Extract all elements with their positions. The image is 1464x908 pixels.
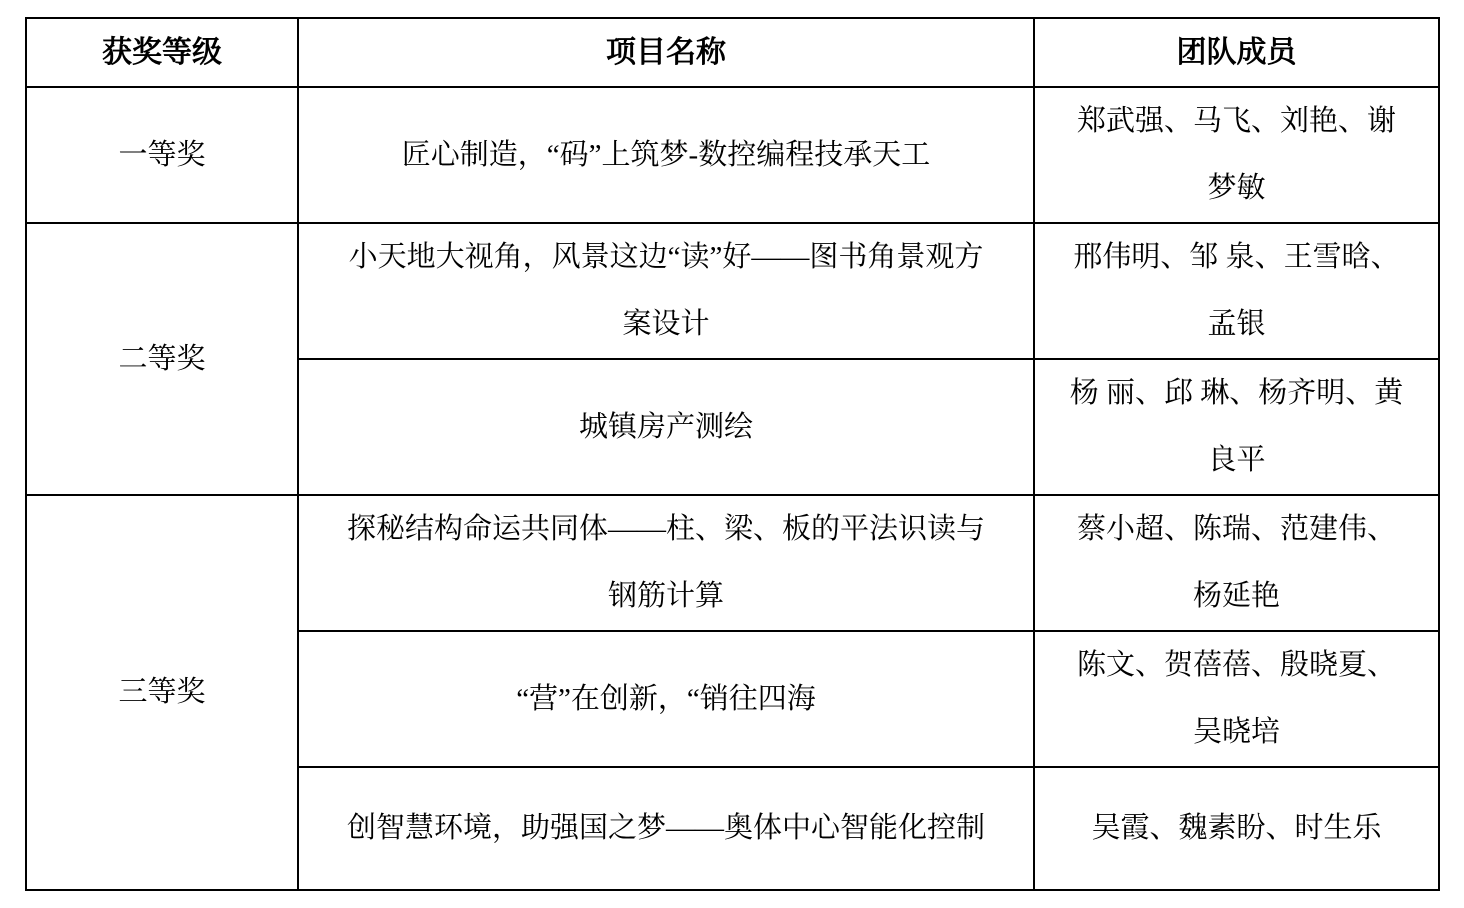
- column-header-award-level: 获奖等级: [26, 18, 298, 87]
- award-level-cell-second-prize: 二等奖: [26, 223, 298, 495]
- award-results-table: 获奖等级 项目名称 团队成员 一等奖 匠心制造，“码”上筑梦-数控编程技承天工 …: [25, 17, 1440, 891]
- team-members-cell: 邢伟明、邹 泉、王雪晗、 孟银: [1034, 223, 1439, 359]
- project-name-cell: 匠心制造，“码”上筑梦-数控编程技承天工: [298, 87, 1034, 223]
- project-name-cell: 创智慧环境，助强国之梦——奥体中心智能化控制: [298, 767, 1034, 890]
- team-members-cell: 陈文、贺蓓蓓、殷晓夏、 吴晓培: [1034, 631, 1439, 767]
- table-row: 二等奖 小天地大视角，风景这边“读”好——图书角景观方 案设计 邢伟明、邹 泉、…: [26, 223, 1439, 359]
- project-name-cell: 城镇房产测绘: [298, 359, 1034, 495]
- header-row: 获奖等级 项目名称 团队成员: [26, 18, 1439, 87]
- team-members-cell: 郑武强、马飞、刘艳、谢 梦敏: [1034, 87, 1439, 223]
- award-level-cell-third-prize: 三等奖: [26, 495, 298, 890]
- project-name-cell: “营”在创新，“销往四海: [298, 631, 1034, 767]
- table-row: 三等奖 探秘结构命运共同体——柱、梁、板的平法识读与 钢筋计算 蔡小超、陈瑞、范…: [26, 495, 1439, 631]
- team-members-cell: 杨 丽、邱 琳、杨齐明、黄 良平: [1034, 359, 1439, 495]
- team-members-cell: 吴霞、魏素盼、时生乐: [1034, 767, 1439, 890]
- team-members-cell: 蔡小超、陈瑞、范建伟、 杨延艳: [1034, 495, 1439, 631]
- column-header-team-members: 团队成员: [1034, 18, 1439, 87]
- project-name-cell: 小天地大视角，风景这边“读”好——图书角景观方 案设计: [298, 223, 1034, 359]
- table-row: 一等奖 匠心制造，“码”上筑梦-数控编程技承天工 郑武强、马飞、刘艳、谢 梦敏: [26, 87, 1439, 223]
- award-level-cell-first-prize: 一等奖: [26, 87, 298, 223]
- project-name-cell: 探秘结构命运共同体——柱、梁、板的平法识读与 钢筋计算: [298, 495, 1034, 631]
- column-header-project-name: 项目名称: [298, 18, 1034, 87]
